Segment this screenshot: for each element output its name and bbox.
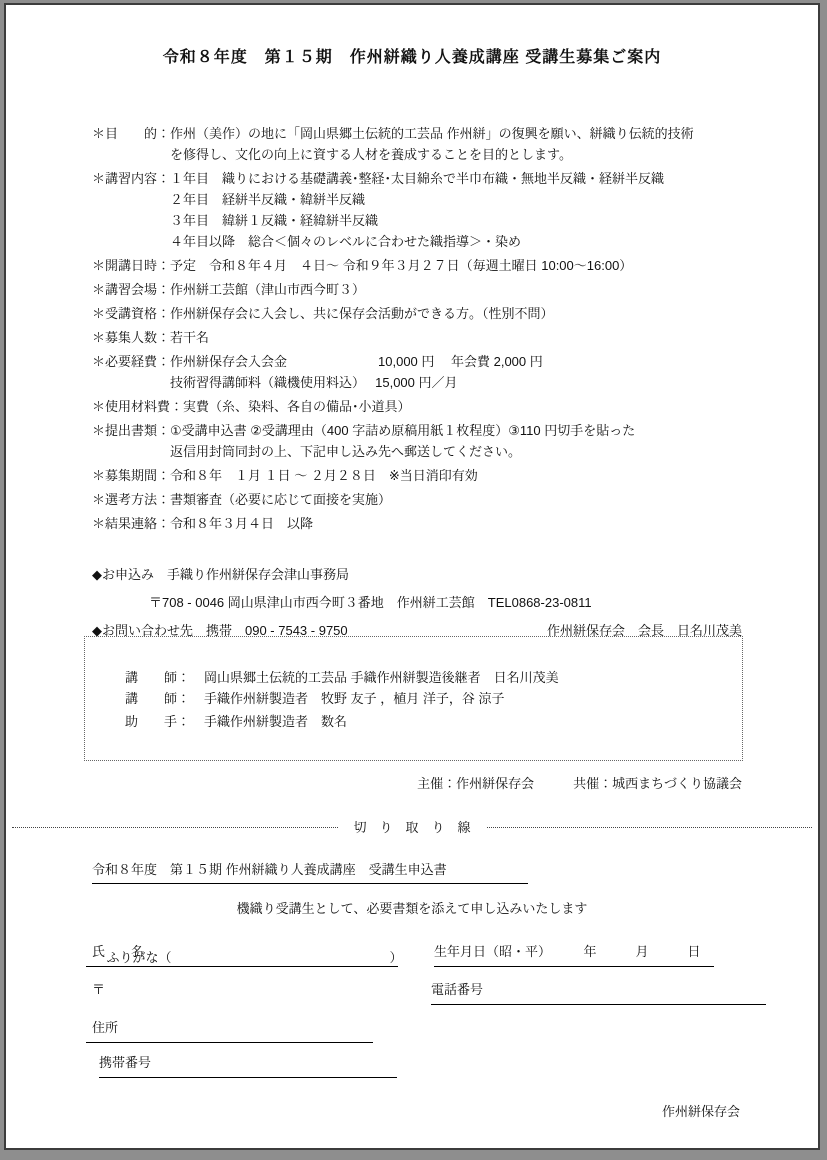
info-item-line: ４年目以降 総合＜個々のレベルに合わせた織指導＞・染め (170, 231, 784, 252)
info-item-line: 技術習得講師料（織機使用料込） 15,000 円／月 (170, 372, 784, 393)
info-item-line: １年目 織りにおける基礎講義･整経･太目綿糸で半巾布織・無地半反織・経絣半反織 (170, 168, 784, 189)
sponsor-line: 主催：作州絣保存会 共催：城西まちづくり協議会 (417, 773, 742, 794)
info-item-label: ＊募集人数： (92, 327, 170, 348)
info-item-line: 若干名 (170, 327, 784, 348)
info-item-fees: ＊必要経費： 作州絣保存会入会金 10,000 円 年会費 2,000 円 技術… (92, 351, 784, 393)
info-item-line: を修得し、文化の向上に資する人材を養成することを目的とします。 (170, 144, 784, 165)
info-item-eligibility: ＊受講資格： 作州絣保存会に入会し、共に保存会活動ができる方。（性別不問） (92, 303, 784, 324)
form-pledge-line: 機織り受講生として、必要書類を添えて申し込みいたします (6, 898, 818, 919)
name-field: 氏 名 (86, 941, 398, 967)
instructor-role: 講 師： (125, 667, 190, 688)
info-item-line: ２年目 経絣半反織・緯絣半反織 (170, 189, 784, 210)
info-item-label: ＊講習会場： (92, 279, 170, 300)
page-title: 令和８年度 第１５期 作州絣織り人養成講座 受講生募集ご案内 (6, 47, 818, 68)
info-item-label: ＊受講資格： (92, 303, 170, 324)
info-item-label: ＊必要経費： (92, 351, 170, 372)
info-item-label: ＊開講日時： (92, 255, 170, 276)
instructor-box: 講 師： 岡山県郷土伝統的工芸品 手織作州絣製造後継者 日名川茂美 講 師： 手… (84, 636, 743, 761)
info-item-result: ＊結果連絡： 令和８年３月４日 以降 (92, 513, 784, 534)
instructor-desc: 手織作州絣製造者 牧野 友子 ，植月 洋子，谷 涼子 (190, 688, 504, 709)
application-contact-section: ◆お申込み 手織り作州絣保存会津山事務局 〒708 - 0046 岡山県津山市西… (92, 561, 742, 645)
info-item-label: ＊募集期間： (92, 465, 170, 486)
assistant-role: 助 手： (125, 711, 190, 732)
info-item-period: ＊募集期間： 令和８年 １月 １日 ～ ２月２８日 ※当日消印有効 (92, 465, 784, 486)
info-item-line: ①受講申込書 ②受講理由（400 字詰め原稿用紙１枚程度）③110 円切手を貼っ… (170, 420, 784, 441)
assistant-desc: 手織作州絣製造者 数名 (190, 711, 347, 732)
info-item-materials: ＊使用材料費： 実費（糸、染料、各自の備品･小道具） (92, 396, 784, 417)
cut-line: 切 り 取 り 線 (12, 817, 812, 838)
info-item-label: ＊講習内容： (92, 168, 170, 189)
info-item-line: 実費（糸、染料、各自の備品･小道具） (183, 396, 784, 417)
form-title: 令和８年度 第１５期 作州絣織り人養成講座 受講生申込書 (92, 859, 528, 884)
birthdate-field: 生年月日（昭・平） 年 月 日 (434, 941, 714, 967)
info-list: ＊目 的： 作州（美作）の地に「岡山県郷土伝統的工芸品 作州絣」の復興を願い、絣… (92, 123, 784, 537)
instructor-desc: 岡山県郷土伝統的工芸品 手織作州絣製造後継者 日名川茂美 (190, 667, 559, 688)
info-item-label: ＊目 的： (92, 123, 170, 144)
info-item-line: 令和８年３月４日 以降 (170, 513, 784, 534)
apply-address: 〒708 - 0046 岡山県津山市西今町３番地 作州絣工芸館 TEL0868-… (92, 589, 742, 617)
info-item-line: 予定 令和８年４月 ４日～ 令和９年３月２７日（毎週土曜日 10:00～16:0… (170, 255, 784, 276)
document-page: 令和８年度 第１５期 作州絣織り人養成講座 受講生募集ご案内 ＊目 的： 作州（… (4, 3, 820, 1150)
assistant-row: 助 手： 手織作州絣製造者 数名 (125, 711, 732, 732)
info-item-label: ＊結果連絡： (92, 513, 170, 534)
apply-heading: ◆お申込み 手織り作州絣保存会津山事務局 (92, 561, 742, 589)
info-item-purpose: ＊目 的： 作州（美作）の地に「岡山県郷土伝統的工芸品 作州絣」の復興を願い、絣… (92, 123, 784, 165)
info-item-line: 令和８年 １月 １日 ～ ２月２８日 ※当日消印有効 (170, 465, 784, 486)
info-item-line: 作州絣保存会に入会し、共に保存会活動ができる方。（性別不問） (170, 303, 784, 324)
info-item-label: ＊使用材料費： (92, 396, 183, 417)
info-item-line: 作州絣工芸館（津山市西今町３） (170, 279, 784, 300)
mobile-field: 携帯番号 (99, 1052, 397, 1078)
phone-field: 電話番号 (431, 979, 766, 1005)
info-item-line: 書類審査（必要に応じて面接を実施） (170, 489, 784, 510)
info-item-label: ＊選考方法： (92, 489, 170, 510)
info-item-documents: ＊提出書類： ①受講申込書 ②受講理由（400 字詰め原稿用紙１枚程度）③110… (92, 420, 784, 462)
footer-organization: 作州絣保存会 (662, 1101, 740, 1122)
cut-line-dash-left (12, 827, 338, 828)
info-item-line: 返信用封筒同封の上、下記申し込み先へ郵送してください。 (170, 441, 784, 462)
info-item-schedule: ＊開講日時： 予定 令和８年４月 ４日～ 令和９年３月２７日（毎週土曜日 10:… (92, 255, 784, 276)
instructor-row: 講 師： 岡山県郷土伝統的工芸品 手織作州絣製造後継者 日名川茂美 (125, 667, 732, 688)
address-field: 住所 (86, 1017, 373, 1043)
info-item-selection: ＊選考方法： 書類審査（必要に応じて面接を実施） (92, 489, 784, 510)
postal-mark: 〒 (92, 979, 105, 1000)
info-item-line: 作州（美作）の地に「岡山県郷土伝統的工芸品 作州絣」の復興を願い、絣織り伝統的技… (170, 123, 784, 144)
info-item-curriculum: ＊講習内容： １年目 織りにおける基礎講義･整経･太目綿糸で半巾布織・無地半反織… (92, 168, 784, 252)
info-item-venue: ＊講習会場： 作州絣工芸館（津山市西今町３） (92, 279, 784, 300)
instructor-row: 講 師： 手織作州絣製造者 牧野 友子 ，植月 洋子，谷 涼子 (125, 688, 732, 709)
info-item-line: 作州絣保存会入会金 10,000 円 年会費 2,000 円 (170, 351, 784, 372)
cut-line-label: 切 り 取 り 線 (338, 817, 487, 838)
instructor-role: 講 師： (125, 688, 190, 709)
info-item-capacity: ＊募集人数： 若干名 (92, 327, 784, 348)
info-item-label: ＊提出書類： (92, 420, 170, 441)
info-item-line: ３年目 緯絣１反織・経緯絣半反織 (170, 210, 784, 231)
cut-line-dash-right (487, 827, 813, 828)
